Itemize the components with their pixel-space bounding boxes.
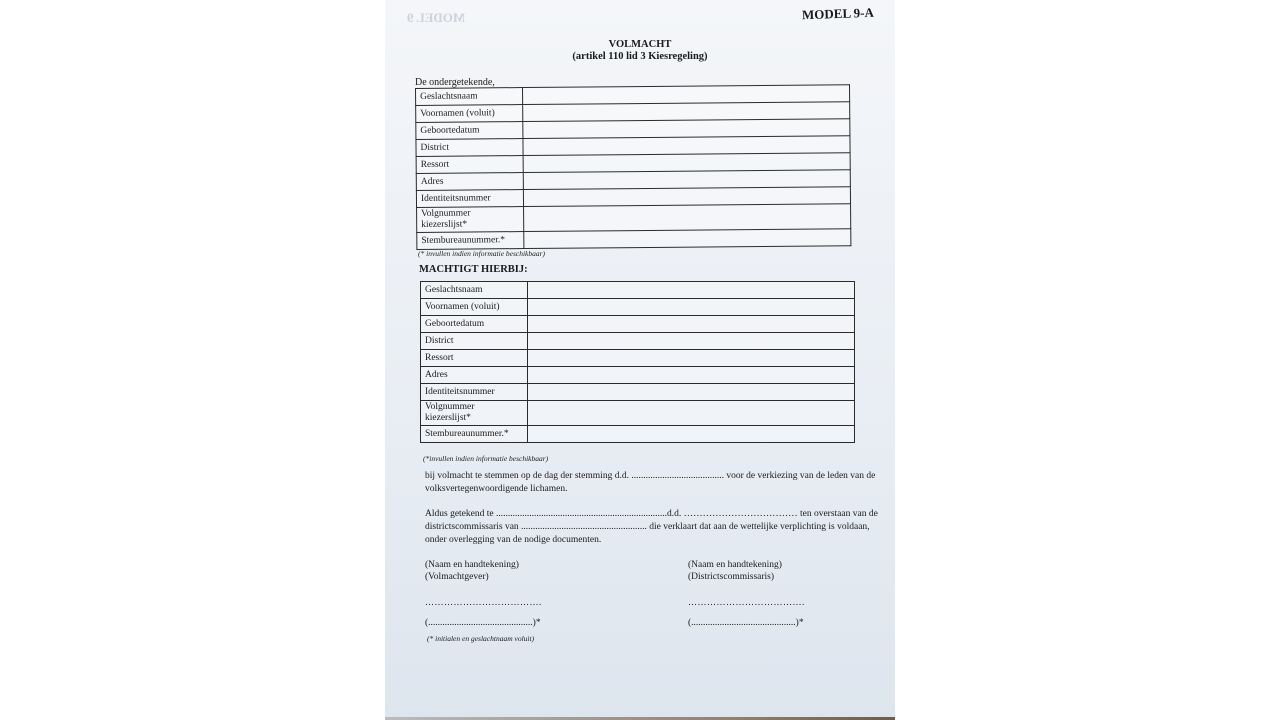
model-label: MODEL 9-A <box>802 5 874 23</box>
grantor-table: GeslachtsnaamVoornamen (voluit)Geboorted… <box>415 84 851 250</box>
proxy-row: Ressort <box>421 350 855 367</box>
proxy-field-value[interactable] <box>528 401 855 426</box>
grantor-row: Volgnummerkiezerslijst* <box>417 204 851 233</box>
proxy-field-label: Ressort <box>421 350 528 367</box>
proxy-field-label: Volgnummerkiezerslijst* <box>421 401 528 426</box>
proxy-field-value[interactable] <box>528 282 855 299</box>
proxy-field-value[interactable] <box>528 299 855 316</box>
signature-right-name-field[interactable]: (.......................................… <box>688 617 804 629</box>
bleed-through-text: MODEL 9 <box>407 10 465 26</box>
paragraph-vote-date: bij volmacht te stemmen op de dag der st… <box>425 470 890 496</box>
proxy-field-label: Identiteitsnummer <box>421 384 528 401</box>
signature-left-labels: (Naam en handtekening) (Volmachtgever) <box>425 559 519 583</box>
grantor-field-label: District <box>416 139 523 157</box>
proxy-note: (*invullen indien informatie beschikbaar… <box>423 454 548 463</box>
grantor-field-label: Identiteitsnummer <box>416 190 523 208</box>
proxy-field-value[interactable] <box>528 367 855 384</box>
signature-left-field[interactable]: ………………………………. <box>425 597 542 607</box>
proxy-field-label: Voornamen (voluit) <box>421 299 528 316</box>
proxy-row: Voornamen (voluit) <box>421 299 855 316</box>
proxy-row: District <box>421 333 855 350</box>
proxy-field-value[interactable] <box>528 316 855 333</box>
grantor-field-label: Adres <box>416 173 523 191</box>
intro-text: De ondergetekende, <box>415 77 495 88</box>
signature-right-labels: (Naam en handtekening) (Districtscommiss… <box>688 559 782 583</box>
subtitle-text: (artikel 110 lid 3 Kiesregeling) <box>385 51 895 63</box>
proxy-field-label: District <box>421 333 528 350</box>
grantor-field-label: Ressort <box>416 156 523 174</box>
document-title: VOLMACHT (artikel 110 lid 3 Kiesregeling… <box>385 39 895 63</box>
grantor-field-label: Stembureaunummer.* <box>417 232 524 250</box>
signature-left-line2: (Volmachtgever) <box>425 571 519 583</box>
grantor-field-value[interactable] <box>524 204 851 232</box>
footnote: (* initialen en geslachtnaam voluit) <box>427 634 534 643</box>
proxy-row: Stembureaunummer.* <box>421 426 855 443</box>
proxy-table: GeslachtsnaamVoornamen (voluit)Geboorted… <box>420 281 855 443</box>
proxy-field-label: Geboortedatum <box>421 316 528 333</box>
proxy-row: Volgnummerkiezerslijst* <box>421 401 855 426</box>
grantor-field-label: Voornamen (voluit) <box>416 105 523 123</box>
signature-right-line1: (Naam en handtekening) <box>688 559 782 571</box>
section-heading: MACHTIGT HIERBIJ: <box>419 264 528 275</box>
proxy-field-value[interactable] <box>528 333 855 350</box>
grantor-field-label: Geslachtsnaam <box>416 88 523 106</box>
signature-left-line1: (Naam en handtekening) <box>425 559 519 571</box>
signature-left-name-field[interactable]: (.......................................… <box>425 617 541 629</box>
proxy-row: Geslachtsnaam <box>421 282 855 299</box>
paragraph-signed: Aldus getekend te ......................… <box>425 508 890 547</box>
signature-right-line2: (Districtscommissaris) <box>688 571 782 583</box>
title-text: VOLMACHT <box>385 39 895 51</box>
document-page: MODEL 9 MODEL 9-A VOLMACHT (artikel 110 … <box>385 0 895 720</box>
proxy-field-value[interactable] <box>528 384 855 401</box>
grantor-field-label: Geboortedatum <box>416 122 523 140</box>
proxy-field-value[interactable] <box>528 350 855 367</box>
grantor-row: Stembureaunummer.* <box>417 229 851 250</box>
proxy-row: Adres <box>421 367 855 384</box>
proxy-field-label: Geslachtsnaam <box>421 282 528 299</box>
proxy-field-value[interactable] <box>528 426 855 443</box>
proxy-row: Geboortedatum <box>421 316 855 333</box>
grantor-field-value[interactable] <box>524 229 851 249</box>
proxy-field-label: Adres <box>421 367 528 384</box>
proxy-field-label: Stembureaunummer.* <box>421 426 528 443</box>
proxy-row: Identiteitsnummer <box>421 384 855 401</box>
grantor-note: (* invullen indien informatie beschikbaa… <box>418 249 545 258</box>
signature-right-field[interactable]: ………………………………. <box>688 597 805 607</box>
grantor-field-label: Volgnummerkiezerslijst* <box>417 207 524 233</box>
